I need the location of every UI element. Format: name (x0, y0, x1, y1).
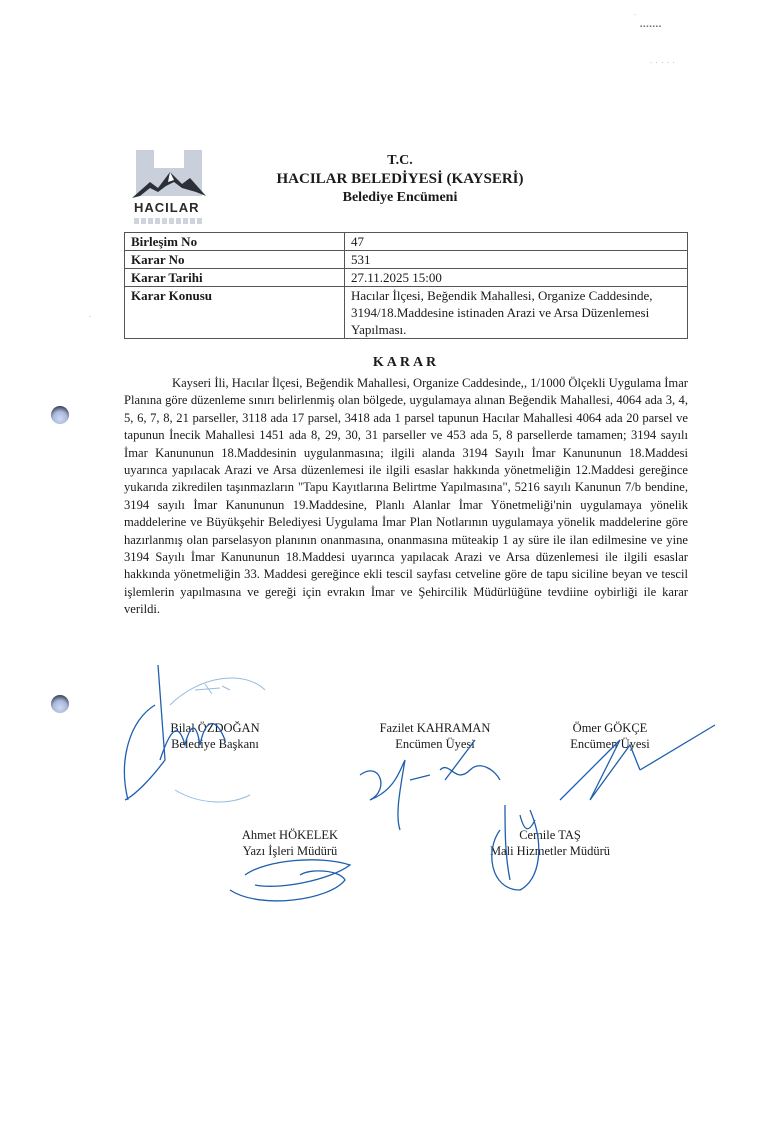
document-header: T.C. HACILAR BELEDİYESİ (KAYSERİ) Beledi… (200, 152, 600, 207)
scan-mark: · · · · · (650, 60, 676, 66)
header-organization: HACILAR BELEDİYESİ (KAYSERİ) (200, 170, 600, 189)
punch-hole (51, 406, 69, 424)
signature-block-member-2: Ömer GÖKÇE Encümen Üyesi (555, 720, 665, 752)
signatory-name: Fazilet KAHRAMAN (360, 720, 510, 736)
signatory-name: Bilal ÖZDOĞAN (150, 720, 280, 736)
scan-mark: · (634, 12, 637, 18)
signatory-role: Belediye Başkanı (150, 736, 280, 752)
scan-mark: · (89, 314, 92, 320)
mountain-logo-icon (130, 148, 208, 204)
label-decision-no: Karar No (125, 251, 345, 269)
signature-block-mayor: Bilal ÖZDOĞAN Belediye Başkanı (150, 720, 280, 752)
logo-text: HACILAR (134, 200, 200, 215)
signature-block-member-1: Fazilet KAHRAMAN Encümen Üyesi (360, 720, 510, 752)
signatory-name: Ahmet HÖKELEK (225, 827, 355, 843)
punch-hole (51, 695, 69, 713)
value-decision-no: 531 (345, 251, 688, 269)
decision-body: Kayseri İli, Hacılar İlçesi, Beğendik Ma… (124, 375, 688, 619)
label-decision-date: Karar Tarihi (125, 269, 345, 287)
header-tc: T.C. (200, 152, 600, 170)
hacilar-logo: HACILAR (130, 148, 208, 234)
table-row: Karar Konusu Hacılar İlçesi, Beğendik Ma… (125, 287, 688, 339)
value-decision-subject: Hacılar İlçesi, Beğendik Mahallesi, Orga… (345, 287, 688, 339)
table-row: Birleşim No 47 (125, 233, 688, 251)
signatory-role: Mali Hizmetler Müdürü (470, 843, 630, 859)
value-decision-date: 27.11.2025 15:00 (345, 269, 688, 287)
document-page: · ▪▪▪▪▪▪▪ · · · · · · HACILAR T.C. HACIL… (0, 0, 775, 1123)
signature-block-clerk: Ahmet HÖKELEK Yazı İşleri Müdürü (225, 827, 355, 859)
label-decision-subject: Karar Konusu (125, 287, 345, 339)
value-session-no: 47 (345, 233, 688, 251)
signatory-name: Ömer GÖKÇE (555, 720, 665, 736)
label-session-no: Birleşim No (125, 233, 345, 251)
signatory-role: Encümen Üyesi (360, 736, 510, 752)
signatory-role: Yazı İşleri Müdürü (225, 843, 355, 859)
table-row: Karar No 531 (125, 251, 688, 269)
header-council: Belediye Encümeni (200, 189, 600, 207)
table-row: Karar Tarihi 27.11.2025 15:00 (125, 269, 688, 287)
signature-block-finance: Cemile TAŞ Mali Hizmetler Müdürü (470, 827, 630, 859)
decision-metadata-table: Birleşim No 47 Karar No 531 Karar Tarihi… (124, 232, 688, 339)
decision-title: KARAR (124, 355, 688, 371)
signatory-role: Encümen Üyesi (555, 736, 665, 752)
signatory-name: Cemile TAŞ (470, 827, 630, 843)
scan-mark: ▪▪▪▪▪▪▪ (640, 24, 662, 30)
logo-subtext (134, 218, 202, 224)
